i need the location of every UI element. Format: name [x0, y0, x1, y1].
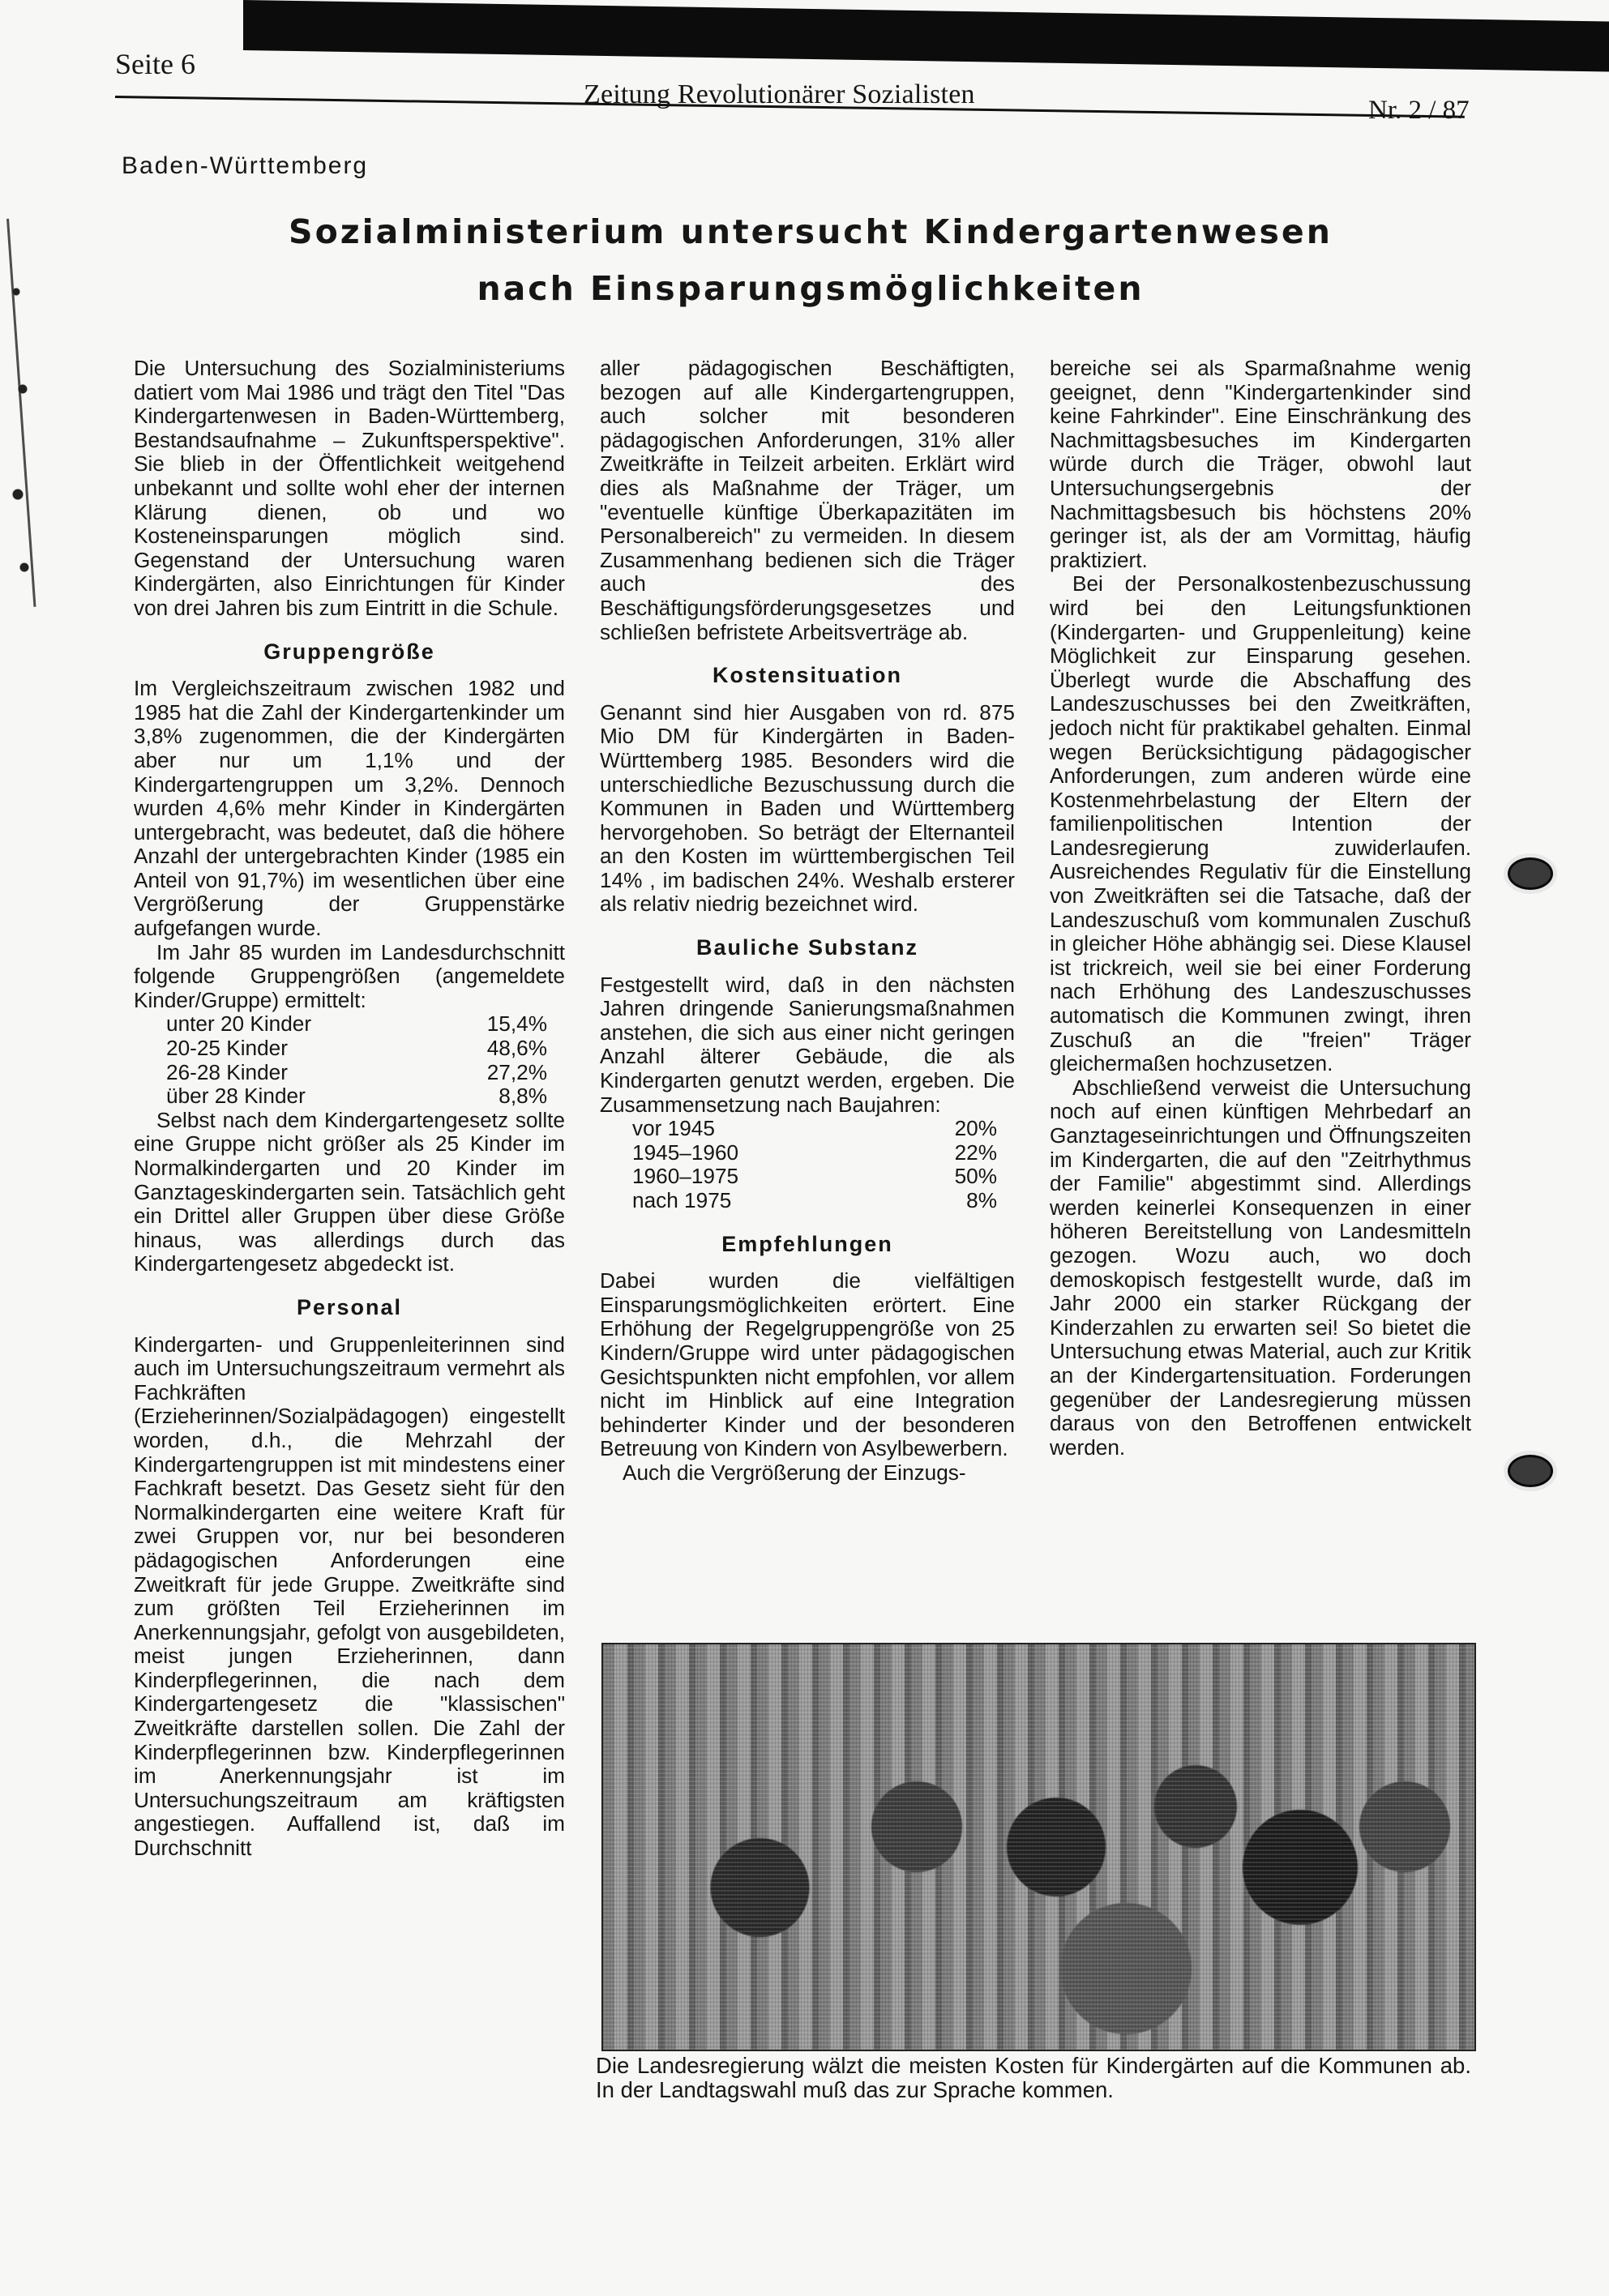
paragraph: Selbst nach dem Kindergartengesetz sollt…: [134, 1109, 565, 1276]
table-row: vor 194520%: [600, 1117, 1015, 1141]
row-label: vor 1945: [600, 1117, 889, 1141]
subheading-personal: Personal: [134, 1296, 565, 1320]
table-row: über 28 Kinder8,8%: [134, 1084, 565, 1109]
row-label: unter 20 Kinder: [134, 1012, 434, 1037]
paragraph: bereiche sei als Sparmaßnahme wenig geei…: [1050, 357, 1471, 572]
paragraph: Auch die Vergrößerung der Einzugs-: [600, 1461, 1015, 1486]
intro-paragraph: Die Untersuchung des Sozialministeriums …: [134, 357, 565, 621]
paragraph: Dabei wurden die vielfältigen Einsparung…: [600, 1269, 1015, 1461]
margin-specks: [0, 243, 32, 616]
paragraph: Im Jahr 85 wurden im Landesdurchschnitt …: [134, 941, 565, 1013]
row-value: 50%: [889, 1165, 1015, 1189]
subheading-bauliche-substanz: Bauliche Substanz: [600, 936, 1015, 960]
paragraph: Genannt sind hier Ausgaben von rd. 875 M…: [600, 701, 1015, 917]
region-label: Baden-Württemberg: [122, 152, 368, 180]
row-label: 1960–1975: [600, 1165, 889, 1189]
headline-line-2: nach Einsparungsmöglichkeiten: [243, 269, 1378, 308]
group-size-table: unter 20 Kinder15,4% 20-25 Kinder48,6% 2…: [134, 1012, 565, 1108]
row-value: 27,2%: [434, 1061, 565, 1085]
scanner-edge-shadow: [243, 0, 1609, 71]
paragraph: Bei der Personalkostenbezuschussung wird…: [1050, 572, 1471, 1075]
row-label: 20-25 Kinder: [134, 1037, 434, 1061]
kindergarten-photo: [601, 1643, 1476, 2051]
row-label: 26-28 Kinder: [134, 1061, 434, 1085]
row-value: 15,4%: [434, 1012, 565, 1037]
punch-hole-icon: [1508, 857, 1553, 890]
headline-line-1: Sozialministerium untersucht Kindergarte…: [243, 212, 1378, 251]
subheading-gruppengroesse: Gruppengröße: [134, 640, 565, 665]
row-label: 1945–1960: [600, 1141, 889, 1165]
paragraph: Im Vergleichszeitraum zwischen 1982 und …: [134, 677, 565, 941]
column-1: Die Untersuchung des Sozialministeriums …: [134, 357, 565, 1861]
page-background: [0, 0, 243, 24]
row-label: nach 1975: [600, 1189, 889, 1213]
row-value: 48,6%: [434, 1037, 565, 1061]
subheading-kostensituation: Kostensituation: [600, 664, 1015, 688]
building-age-table: vor 194520% 1945–196022% 1960–197550% na…: [600, 1117, 1015, 1212]
halftone-texture: [603, 1644, 1474, 2050]
row-value: 8,8%: [434, 1084, 565, 1109]
table-row: 26-28 Kinder27,2%: [134, 1061, 565, 1085]
column-2: aller pädagogischen Beschäftigten, bezog…: [600, 357, 1015, 1486]
table-row: nach 19758%: [600, 1189, 1015, 1213]
paragraph: Festgestellt wird, daß in den nächsten J…: [600, 973, 1015, 1118]
punch-hole-icon: [1508, 1455, 1553, 1487]
page-number: Seite 6: [115, 47, 195, 81]
table-row: unter 20 Kinder15,4%: [134, 1012, 565, 1037]
table-row: 20-25 Kinder48,6%: [134, 1037, 565, 1061]
row-value: 8%: [889, 1189, 1015, 1213]
paragraph: Kindergarten- und Gruppenleiterinnen sin…: [134, 1333, 565, 1861]
row-value: 22%: [889, 1141, 1015, 1165]
paragraph: Abschließend verweist die Untersuchung n…: [1050, 1076, 1471, 1460]
column-3: bereiche sei als Sparmaßnahme wenig geei…: [1050, 357, 1471, 1460]
photo-caption: Die Landesregierung wälzt die meisten Ko…: [596, 2054, 1471, 2102]
table-row: 1960–197550%: [600, 1165, 1015, 1189]
subheading-empfehlungen: Empfehlungen: [600, 1233, 1015, 1257]
issue-number: Nr. 2 / 87: [1368, 96, 1470, 126]
table-row: 1945–196022%: [600, 1141, 1015, 1165]
row-value: 20%: [889, 1117, 1015, 1141]
paragraph: aller pädagogischen Beschäftigten, bezog…: [600, 357, 1015, 644]
row-label: über 28 Kinder: [134, 1084, 434, 1109]
